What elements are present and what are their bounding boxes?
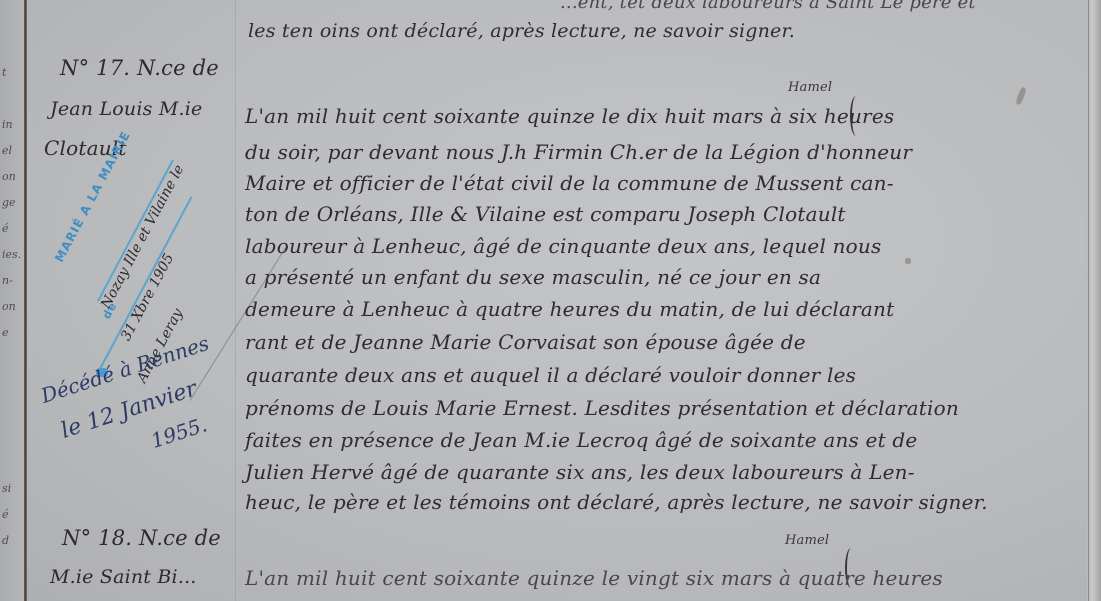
record-18-mayor-signature: Hamel	[785, 533, 829, 548]
record-18-child-name: M.ie Saint Bi...	[50, 566, 197, 588]
previous-record-line-1: ...ent, tet deux laboureurs à Saint Le p…	[560, 0, 976, 13]
previous-record-line-2: les ten oins ont déclaré, après lecture,…	[248, 20, 795, 42]
record-17-mayor-signature: Hamel	[788, 80, 832, 95]
ink-spot	[905, 258, 911, 264]
record-17-number: N° 17. N.ce de	[60, 56, 219, 80]
page-edge-line	[1088, 0, 1089, 601]
book-gutter	[24, 0, 27, 601]
left-page-fragments: t in el on ge é ies. n- on e si é d	[2, 60, 24, 554]
record-17-line-2: du soir, par devant nous J.h Firmin Ch.e…	[245, 140, 912, 164]
document-scan: t in el on ge é ies. n- on e si é d ...e…	[0, 0, 1101, 601]
record-17-child-name: Jean Louis M.ie	[50, 98, 202, 120]
record-17-line-7: demeure à Lenheuc à quatre heures du mat…	[245, 297, 894, 321]
record-17-line-8: rant et de Jeanne Marie Corvaisat son ép…	[245, 330, 806, 354]
record-17-line-10: prénoms de Louis Marie Ernest. Lesdites …	[245, 396, 959, 420]
record-18-number: N° 18. N.ce de	[62, 526, 221, 550]
margin-rule	[235, 0, 236, 601]
record-17-line-3: Maire et officier de l'état civil de la …	[245, 171, 894, 195]
death-annotation-line-3: 1955.	[148, 412, 210, 453]
record-17-line-4: ton de Orléans, Ille & Vilaine est compa…	[245, 202, 846, 226]
record-17-line-9: quarante deux ans et auquel il a déclaré…	[245, 363, 856, 387]
page-edge	[1087, 0, 1101, 601]
record-17-line-6: a présenté un enfant du sexe masculin, n…	[245, 265, 821, 289]
record-17-line-11: faites en présence de Jean M.ie Lecroq â…	[245, 428, 917, 452]
adjacent-left-page: t in el on ge é ies. n- on e si é d	[0, 0, 24, 601]
record-17-line-1: L'an mil huit cent soixante quinze le di…	[245, 104, 894, 128]
record-17-line-5: laboureur à Lenheuc, âgé de cinquante de…	[245, 234, 881, 258]
record-17-line-12: Julien Hervé âgé de quarante six ans, le…	[245, 460, 915, 484]
ink-smudge	[1015, 87, 1027, 106]
record-18-line-1: L'an mil huit cent soixante quinze le vi…	[245, 566, 943, 590]
record-17-line-13: heuc, le père et les témoins ont déclaré…	[245, 490, 988, 514]
